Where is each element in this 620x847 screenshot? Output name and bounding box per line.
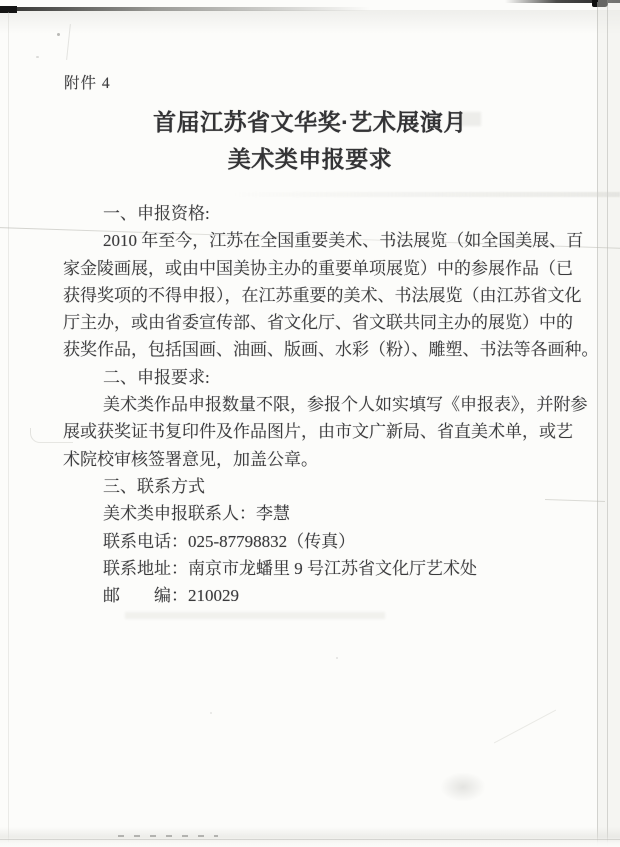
- scan-artifact-ghost-band-lower: [125, 612, 385, 619]
- scan-artifact-bottom-dashes: [118, 835, 218, 837]
- scan-artifact-bottom-edge-line: [0, 839, 620, 840]
- scan-artifact-smudge: [440, 772, 486, 802]
- body-line: 术院校审核签署意见，加盖公章。: [63, 446, 563, 473]
- body-line: 家金陵画展，或由中国美协主办的重要单项展览）中的参展作品（已: [63, 255, 563, 282]
- body-line: 联系地址：南京市龙蟠里 9 号江苏省文化厅艺术处: [63, 555, 563, 582]
- scan-artifact-left-scratch: [66, 24, 71, 60]
- body-line: 联系电话：025-87798832（传真）: [63, 528, 563, 555]
- body-line: 一、申报资格:: [63, 200, 563, 227]
- scanned-document-page: 附件 4 首届江苏省文华奖·艺术展演月 美术类申报要求 一、申报资格: 2010…: [0, 0, 620, 847]
- attachment-label: 附件 4: [64, 71, 111, 93]
- body-line: 获奖作品，包括国画、油画、版画、水彩（粉）、雕塑、书法等各画种。: [63, 336, 563, 363]
- scan-speck: [57, 33, 60, 36]
- document-title-line1: 首届江苏省文华奖·艺术展演月: [0, 104, 620, 137]
- scan-speck: [336, 657, 338, 659]
- scan-speck: [210, 712, 212, 714]
- document-body: 一、申报资格: 2010 年至今，江苏在全国重要美术、书法展览（如全国美展、百 …: [63, 200, 563, 609]
- body-line: 厅主办，或由省委宣传部、省文化厅、省文联共同主办的展览）中的: [63, 309, 563, 336]
- scan-artifact-top-right-edge-line: [505, 0, 620, 3]
- body-line: 美术类申报联系人：李慧: [63, 500, 563, 527]
- scan-speck: [36, 56, 39, 58]
- body-line: 三、联系方式: [63, 473, 563, 500]
- body-line: 邮 编：210029: [63, 582, 563, 609]
- body-line: 2010 年至今，江苏在全国重要美术、书法展览（如全国美展、百: [63, 227, 563, 254]
- body-line: 获得奖项的不得申报），在江苏重要的美术、书法展览（由江苏省文化: [63, 282, 563, 309]
- scan-artifact-top-edge-line: [0, 7, 390, 11]
- scan-artifact-bottom-shading: [0, 827, 620, 847]
- body-line: 美术类作品申报数量不限，参报个人如实填写《申报表》，并附参: [63, 391, 563, 418]
- scan-artifact-bottom-right-wrinkle: [494, 710, 556, 744]
- scan-artifact-ghost-band-upper: [230, 192, 620, 197]
- body-line: 二、申报要求:: [63, 364, 563, 391]
- scan-artifact-top-right-mark: [592, 0, 608, 7]
- scan-artifact-top-left-mark: [0, 6, 17, 13]
- scan-artifact-top-shading: [0, 10, 620, 34]
- body-line: 展或获奖证书复印件及作品图片，由市文广新局、省直美术单，或艺: [63, 418, 563, 445]
- document-title-line2: 美术类申报要求: [0, 141, 620, 174]
